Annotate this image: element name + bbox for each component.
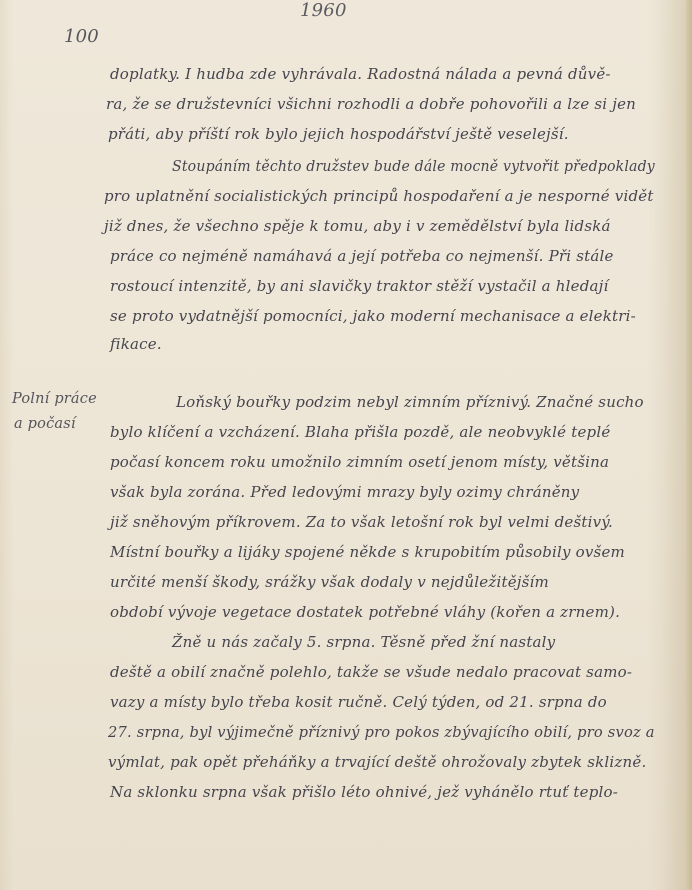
text-line: pro uplatnění socialistických principů h…	[104, 186, 654, 206]
margin-note-line: a počasí	[14, 412, 102, 437]
text-line: Na sklonku srpna však přišlo léto ohnivé…	[110, 782, 618, 802]
text-line: Stoupáním těchto družstev bude dále mocn…	[172, 156, 655, 176]
text-line: však byla zorána. Před ledovými mrazy by…	[110, 482, 579, 502]
page-number: 100	[64, 26, 99, 47]
text-line: již sněhovým příkrovem. Za to však letoš…	[110, 512, 613, 532]
text-line: rostoucí intenzitě, by ani slavičky trak…	[110, 276, 609, 296]
text-line: práce co nejméně namáhavá a její potřeba…	[110, 246, 614, 266]
text-line: Místní bouřky a lijáky spojené někde s k…	[110, 542, 625, 562]
text-line: deště a obilí značně polehlo, takže se v…	[110, 662, 632, 682]
page-year: 1960	[300, 0, 347, 21]
text-line: fikace.	[110, 334, 162, 354]
text-line: přáti, aby příští rok bylo jejich hospod…	[108, 124, 569, 144]
text-line: 27. srpna, byl výjimečně příznivý pro po…	[108, 722, 655, 742]
text-line: vazy a místy bylo třeba kosit ručně. Cel…	[110, 692, 607, 712]
chronicle-page: 1960 100 Polní práce a počasí doplatky. …	[0, 0, 692, 890]
text-line: doplatky. I hudba zde vyhrávala. Radostn…	[110, 64, 611, 84]
text-line: se proto vydatnější pomocníci, jako mode…	[110, 306, 636, 326]
margin-note: Polní práce a počasí	[12, 387, 102, 437]
text-line: ra, že se družstevníci všichni rozhodli …	[106, 94, 636, 114]
text-line: Loňský bouřky podzim nebyl zimním přízni…	[176, 392, 644, 412]
text-line: bylo klíčení a vzcházení. Blaha přišla p…	[110, 422, 610, 442]
page-binding-edge	[686, 0, 692, 890]
text-line: Žně u nás začaly 5. srpna. Těsně před žn…	[172, 632, 555, 652]
margin-note-line: Polní práce	[12, 387, 102, 412]
text-line: již dnes, že všechno spěje k tomu, aby i…	[104, 216, 611, 236]
text-line: určité menší škody, srážky však dodaly v…	[110, 572, 549, 592]
text-line: výmlat, pak opět přeháňky a trvající deš…	[108, 752, 646, 772]
text-line: počasí koncem roku umožnilo zimním osetí…	[110, 452, 609, 472]
text-line: období vývoje vegetace dostatek potřebné…	[110, 602, 620, 622]
